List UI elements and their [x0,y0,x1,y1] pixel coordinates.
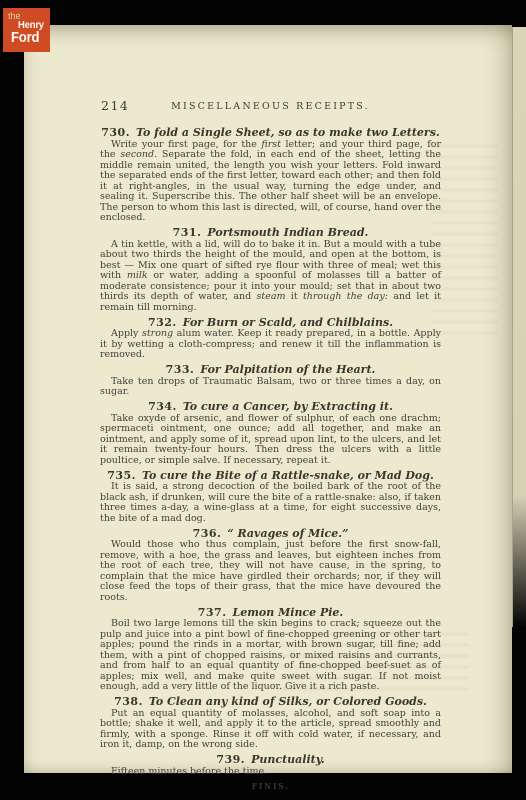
entry-number: 739. [216,753,245,766]
entry-body: Take ten drops of Traumatic Balsam, two … [100,377,441,398]
entry-body: A tin kettle, with a lid, will do to bak… [100,240,441,314]
entry-number: 737. [198,606,227,619]
entry-number: 734. [148,400,177,413]
running-head: MISCELLANEOUS RECEIPTS. [100,99,441,112]
entry-heading: 734.To cure a Cancer, by Extracting it. [100,401,441,413]
entry-body: Write your first page, for the first let… [100,140,441,224]
finis-label: FINIS. [100,781,441,791]
entry-title: “ Ravages of Mice.” [227,527,348,540]
entry-heading: 731.Portsmouth Indian Bread. [100,227,441,239]
entry-body: Take oxyde of arsenic, and flower of sul… [100,414,441,467]
henry-ford-logo: the Henry Ford [3,8,50,52]
entry-732: 732.For Burn or Scald, and Chilblains. A… [100,317,441,361]
entry-heading: 735.To cure the Bite of a Rattle-snake, … [100,470,441,482]
entry-body: Apply strong alum water. Keep it ready p… [100,329,441,361]
page-header: 214 MISCELLANEOUS RECEIPTS. [100,99,441,113]
entry-number: 736. [193,527,222,540]
entry-733: 733.For Palpitation of the Heart. Take t… [100,364,441,398]
entry-title: Punctuality. [251,753,325,766]
entry-body: Put an equal quantity of molasses, alcoh… [100,709,441,751]
entry-heading: 739.Punctuality. [100,754,441,766]
entry-body: Would those who thus complain, just befo… [100,540,441,603]
entry-title: For Burn or Scald, and Chilblains. [183,316,393,329]
entry-number: 732. [148,316,177,329]
entry-737: 737.Lemon Mince Pie. Boil two large lemo… [100,607,441,693]
entry-730: 730.To fold a Single Sheet, so as to mak… [100,127,441,224]
page-number: 214 [101,98,129,113]
page-content: 730.To fold a Single Sheet, so as to mak… [100,127,441,791]
entry-heading: 738.To Clean any kind of Silks, or Color… [100,696,441,708]
entry-734: 734.To cure a Cancer, by Extracting it. … [100,401,441,466]
entry-title: To fold a Single Sheet, so as to make tw… [136,126,440,139]
entry-heading: 733.For Palpitation of the Heart. [100,364,441,376]
entry-title: Portsmouth Indian Bread. [207,226,368,239]
book-page: 214 MISCELLANEOUS RECEIPTS. 730.To fold … [24,25,512,773]
entry-number: 730. [101,126,130,139]
entry-number: 733. [166,363,195,376]
entry-heading: 730.To fold a Single Sheet, so as to mak… [100,127,441,139]
entry-number: 735. [107,469,136,482]
entry-body: Fifteen minutes before the time. [100,767,441,778]
entry-title: Lemon Mince Pie. [233,606,344,619]
entry-heading: 732.For Burn or Scald, and Chilblains. [100,317,441,329]
logo-text-ford: Ford [11,30,39,46]
entry-736: 736.“ Ravages of Mice.” Would those who … [100,528,441,604]
entry-heading: 736.“ Ravages of Mice.” [100,528,441,540]
entry-738: 738.To Clean any kind of Silks, or Color… [100,696,441,751]
entry-number: 731. [173,226,202,239]
entry-title: To cure a Cancer, by Extracting it. [183,400,393,413]
entry-heading: 737.Lemon Mince Pie. [100,607,441,619]
entry-title: To Clean any kind of Silks, or Colored G… [149,695,427,708]
entry-title: For Palpitation of the Heart. [200,363,375,376]
entry-body: It is said, a strong decoction of the bo… [100,482,441,524]
adjacent-page-edge [512,27,526,627]
entry-731: 731.Portsmouth Indian Bread. A tin kettl… [100,227,441,313]
show-through-smudge [432,145,498,335]
entry-739: 739.Punctuality. Fifteen minutes before … [100,754,441,777]
entry-title: To cure the Bite of a Rattle-snake, or M… [142,469,434,482]
entry-735: 735.To cure the Bite of a Rattle-snake, … [100,470,441,525]
entry-number: 738. [114,695,143,708]
entry-body: Boil two large lemons till the skin begi… [100,619,441,693]
